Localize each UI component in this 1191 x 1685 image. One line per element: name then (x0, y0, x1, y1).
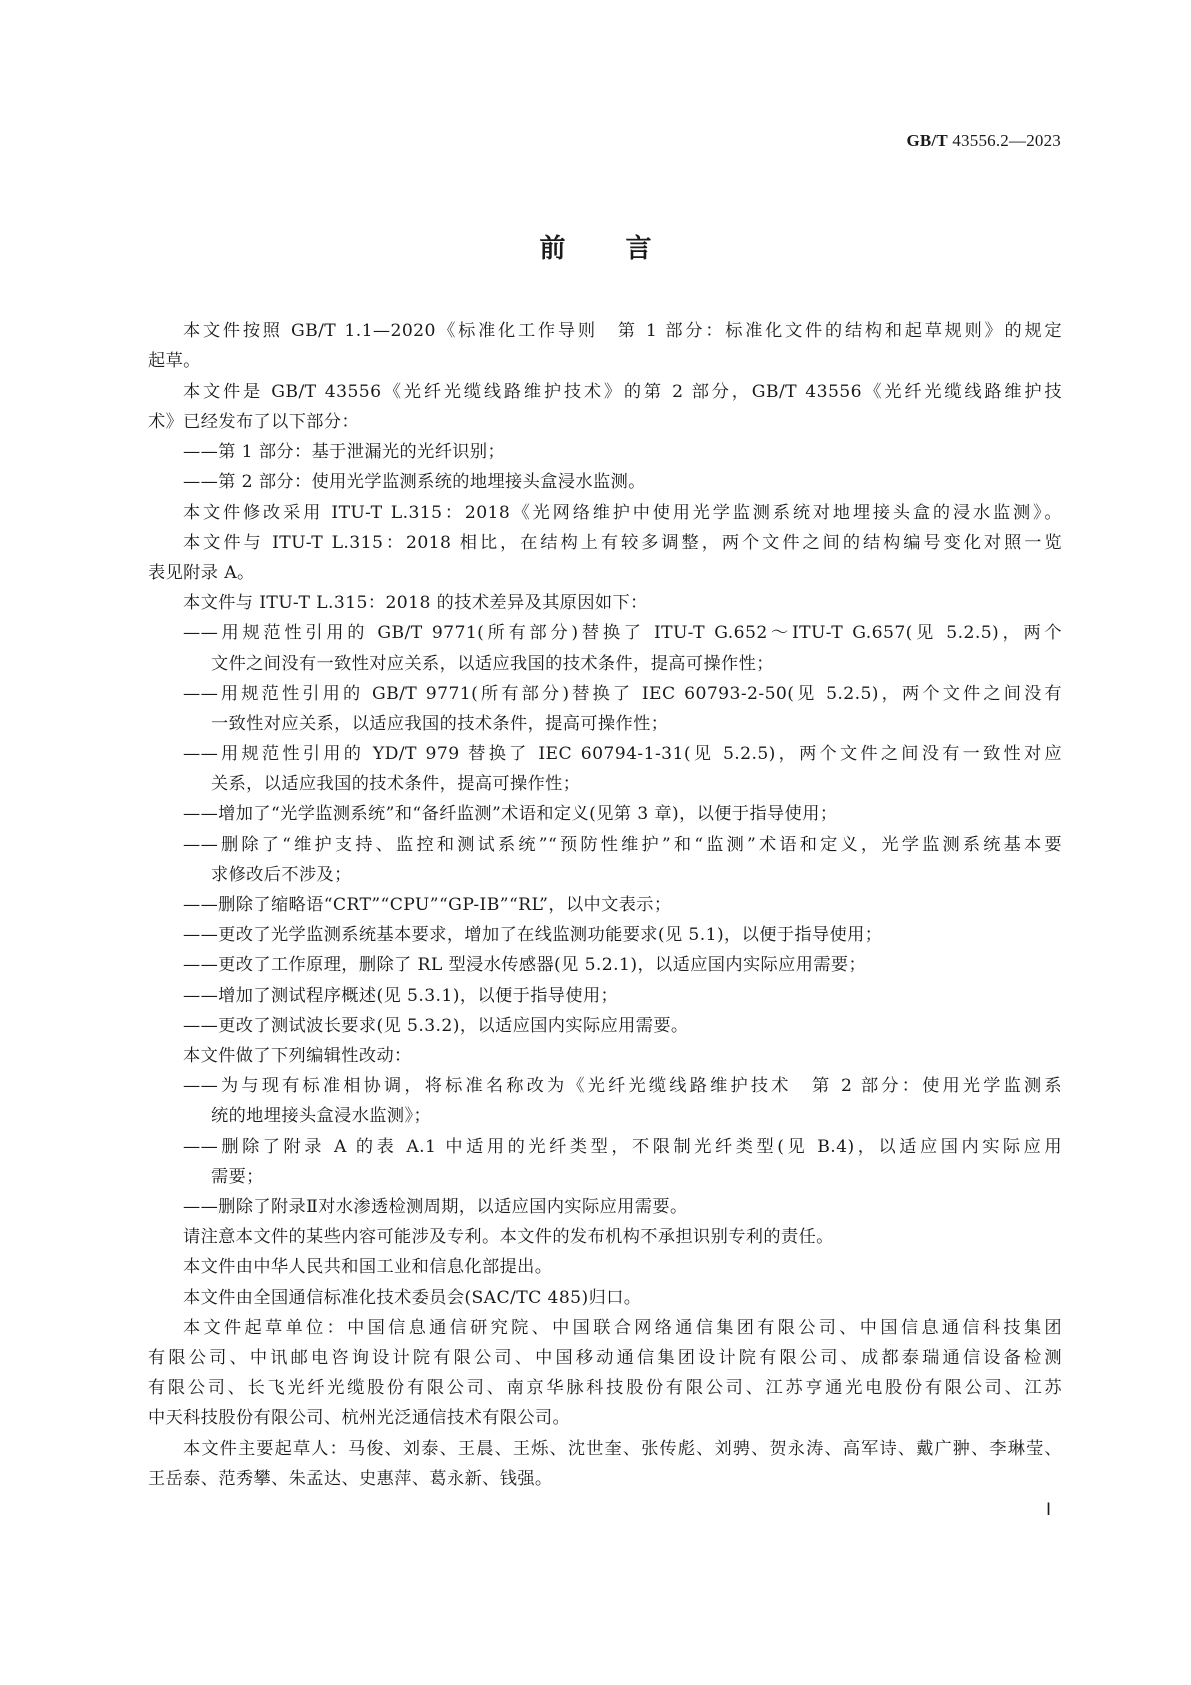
text-line: ——为与现有标准相协调，将标准名称改为《光纤光缆线路维护技术 第 2 部分：使用… (183, 1075, 1062, 1097)
text-line: 请注意本文件的某些内容可能涉及专利。本文件的发布机构不承担识别专利的责任。 (183, 1226, 1097, 1248)
page-title: 前言 (0, 228, 1191, 265)
text-line: 需要； (211, 1166, 1125, 1188)
text-line: 本文件做了下列编辑性改动： (183, 1045, 1097, 1067)
text-line: ——用规范性引用的 GB/T 9771(所有部分)替换了 ITU-T G.652… (183, 622, 1062, 644)
text-line: ——更改了工作原理，删除了 RL 型浸水传感器(见 5.2.1)，以适应国内实际… (183, 954, 1097, 976)
text-line: ——增加了“光学监测系统”和“备纤监测”术语和定义(见第 3 章)，以便于指导使… (183, 803, 1097, 825)
text-line: ——用规范性引用的 YD/T 979 替换了 IEC 60794-1-31(见 … (183, 743, 1062, 765)
text-line: ——用规范性引用的 GB/T 9771(所有部分)替换了 IEC 60793-2… (183, 683, 1062, 705)
text-line: ——删除了附录 A 的表 A.1 中适用的光纤类型，不限制光纤类型(见 B.4)… (183, 1136, 1062, 1158)
text-line: 文件之间没有一致性对应关系，以适应我国的技术条件，提高可操作性； (211, 653, 1125, 675)
text-line: 本文件是 GB/T 43556《光纤光缆线路维护技术》的第 2 部分，GB/T … (183, 381, 1062, 403)
text-line: 有限公司、长飞光纤光缆股份有限公司、南京华脉科技股份有限公司、江苏亨通光电股份有… (148, 1377, 1062, 1399)
text-line: 起草。 (148, 350, 1062, 372)
text-line: 本文件与 ITU-T L.315：2018 相比，在结构上有较多调整，两个文件之… (183, 532, 1062, 554)
text-line: 本文件按照 GB/T 1.1—2020《标准化工作导则 第 1 部分：标准化文件… (183, 320, 1062, 342)
text-line: 本文件与 ITU-T L.315：2018 的技术差异及其原因如下： (183, 592, 1097, 614)
text-line: 表见附录 A。 (148, 562, 1062, 584)
text-line: 王岳泰、范秀攀、朱孟达、史惠萍、葛永新、钱强。 (148, 1468, 1062, 1490)
title-char-1: 前 (539, 228, 565, 265)
text-line: 本文件由全国通信标准化技术委员会(SAC/TC 485)归口。 (183, 1287, 1097, 1309)
text-line: ——第 2 部分：使用光学监测系统的地埋接头盒浸水监测。 (183, 471, 1097, 493)
text-line: ——删除了缩略语“CRT”“CPU”“GP-IB”“RL”，以中文表示； (183, 894, 1097, 916)
text-line: 关系，以适应我国的技术条件，提高可操作性； (211, 773, 1125, 795)
text-line: ——更改了光学监测系统基本要求，增加了在线监测功能要求(见 5.1)，以便于指导… (183, 924, 1097, 946)
title-char-2: 言 (626, 228, 652, 265)
standard-code-prefix: GB/T (906, 131, 947, 150)
text-line: 有限公司、中讯邮电咨询设计院有限公司、中国移动通信集团设计院有限公司、成都泰瑞通… (148, 1347, 1062, 1369)
text-line: ——删除了“维护支持、监控和测试系统”“预防性维护”和“监测”术语和定义，光学监… (183, 834, 1062, 856)
standard-code: GB/T 43556.2—2023 (906, 131, 1061, 151)
text-line: ——增加了测试程序概述(见 5.3.1)，以便于指导使用； (183, 985, 1097, 1007)
text-line: 本文件主要起草人：马俊、刘泰、王晨、王烁、沈世奎、张传彪、刘骋、贺永涛、高军诗、… (183, 1438, 1062, 1460)
text-line: 中天科技股份有限公司、杭州光泛通信技术有限公司。 (148, 1407, 1062, 1429)
text-line: 术》已经发布了以下部分： (148, 411, 1062, 433)
text-line: 本文件起草单位：中国信息通信研究院、中国联合网络通信集团有限公司、中国信息通信科… (183, 1317, 1062, 1339)
text-line: 求修改后不涉及； (211, 864, 1125, 886)
text-line: ——第 1 部分：基于泄漏光的光纤识别； (183, 441, 1097, 463)
page-number: Ⅰ (1046, 1500, 1051, 1520)
text-line: ——删除了附录Ⅱ对水渗透检测周期，以适应国内实际应用需要。 (183, 1196, 1097, 1218)
text-line: ——更改了测试波长要求(见 5.3.2)，以适应国内实际应用需要。 (183, 1015, 1097, 1037)
standard-code-number: 43556.2—2023 (952, 131, 1061, 150)
text-line: 统的地埋接头盒浸水监测》； (211, 1105, 1125, 1127)
text-line: 本文件由中华人民共和国工业和信息化部提出。 (183, 1256, 1097, 1278)
text-line: 本文件修改采用 ITU-T L.315：2018《光网络维护中使用光学监测系统对… (183, 502, 1062, 524)
text-line: 一致性对应关系，以适应我国的技术条件，提高可操作性； (211, 713, 1125, 735)
